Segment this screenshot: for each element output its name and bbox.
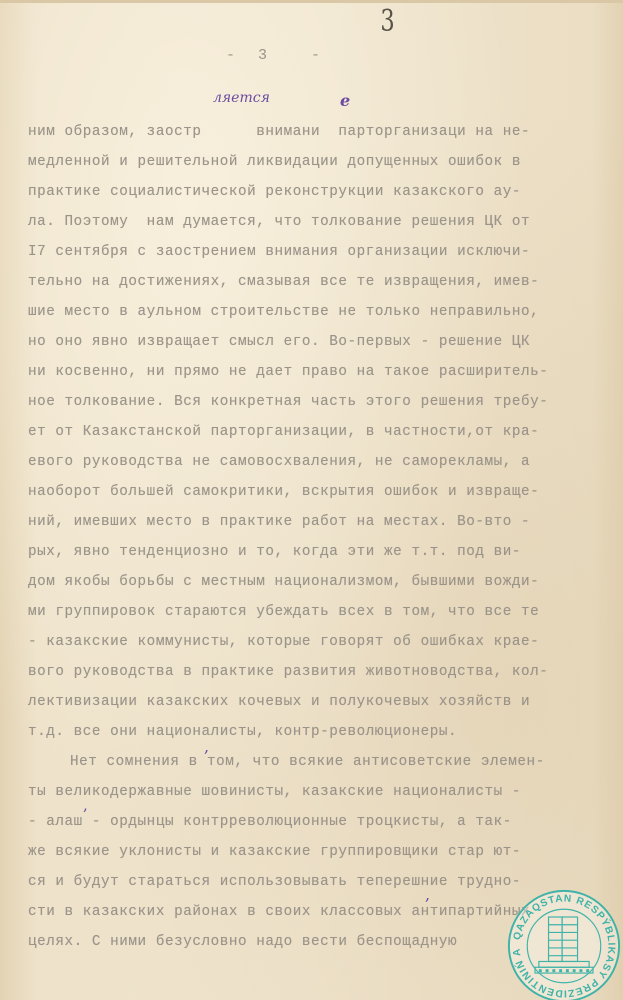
- document-body: ним образом, заостр внимани парторганиза…: [28, 117, 618, 957]
- typed-text-line: ни косвенно, ни прямо не дает право на т…: [28, 357, 618, 387]
- typed-text-line: - казакские коммунисты, которые говорят …: [28, 627, 618, 657]
- typed-text-line: тельно на достижениях, смазывая все те и…: [28, 267, 618, 297]
- typed-text-line: наоборот большей самокритики, вскрытия о…: [28, 477, 618, 507]
- typed-text-line: же всякие уклонисты и казакские группиро…: [28, 837, 618, 867]
- typed-text-line: ний, имевших место в практике работ на м…: [28, 507, 618, 537]
- handwritten-comma: ,: [83, 796, 88, 814]
- typed-text-line: ла. Поэтому нам думается, что толкование…: [28, 207, 618, 237]
- archive-stamp: QAZAQSTAN RESPÝBLIKASY PREZIDENTINIŃ ARH…: [506, 888, 622, 1000]
- typed-text-line: Нет сомнения в том, что всякие антисовет…: [28, 747, 618, 777]
- typed-text-line: дом якобы борьбы с местным национализмом…: [28, 567, 618, 597]
- typed-text-line: ное толкование. Вся конкретная часть это…: [28, 387, 618, 417]
- typed-text-line: евого руководства не самовосхваления, не…: [28, 447, 618, 477]
- handwritten-comma: ,: [425, 885, 430, 904]
- typed-text-line: ты великодержавные шовинисты, казакские …: [28, 777, 618, 807]
- page-top-edge: [0, 0, 623, 3]
- typed-page-header: - 3 -: [0, 47, 623, 67]
- handwritten-page-number: 3: [380, 4, 394, 39]
- header-dash-right: -: [311, 47, 320, 64]
- typed-text-line: медленной и решительной ликвидации допущ…: [28, 147, 618, 177]
- typed-text-line: лективизации казакских кочевых и полукоч…: [28, 687, 618, 717]
- typed-text-line: - алаш - ордынцы контрреволюционные троц…: [28, 807, 618, 837]
- typed-text-line: вого руководства в практике развития жив…: [28, 657, 618, 687]
- typed-text-line: ет от Казакстанской парторганизации, в ч…: [28, 417, 618, 447]
- archive-stamp-icon: QAZAQSTAN RESPÝBLIKASY PREZIDENTINIŃ ARH…: [506, 888, 622, 1000]
- typed-text-line: рых, явно тенденциозно и то, когда эти ж…: [28, 537, 618, 567]
- typed-text-line: шие место в аульном строительстве не тол…: [28, 297, 618, 327]
- typed-text-line: т.д. все они националисты, контр-революц…: [28, 717, 618, 747]
- scanned-document-page: 3 - 3 - ним образом, заостр внимани парт…: [0, 0, 623, 1000]
- typed-text-line: I7 сентября с заострением внимания орган…: [28, 237, 618, 267]
- handwritten-insertion: е: [340, 91, 350, 110]
- header-dash-left: -: [226, 47, 235, 64]
- typed-text-line: практике социалистической реконструкции …: [28, 177, 618, 207]
- handwritten-comma: ,: [204, 737, 209, 756]
- typed-text-line: но оно явно извращает смысл его. Во-перв…: [28, 327, 618, 357]
- handwritten-insertion: ляется: [213, 90, 270, 106]
- typed-text-line: ми группировок стараются убеждать всех в…: [28, 597, 618, 627]
- typed-text-line: ним образом, заостр внимани парторганиза…: [28, 117, 618, 147]
- header-page-number: 3: [258, 47, 267, 64]
